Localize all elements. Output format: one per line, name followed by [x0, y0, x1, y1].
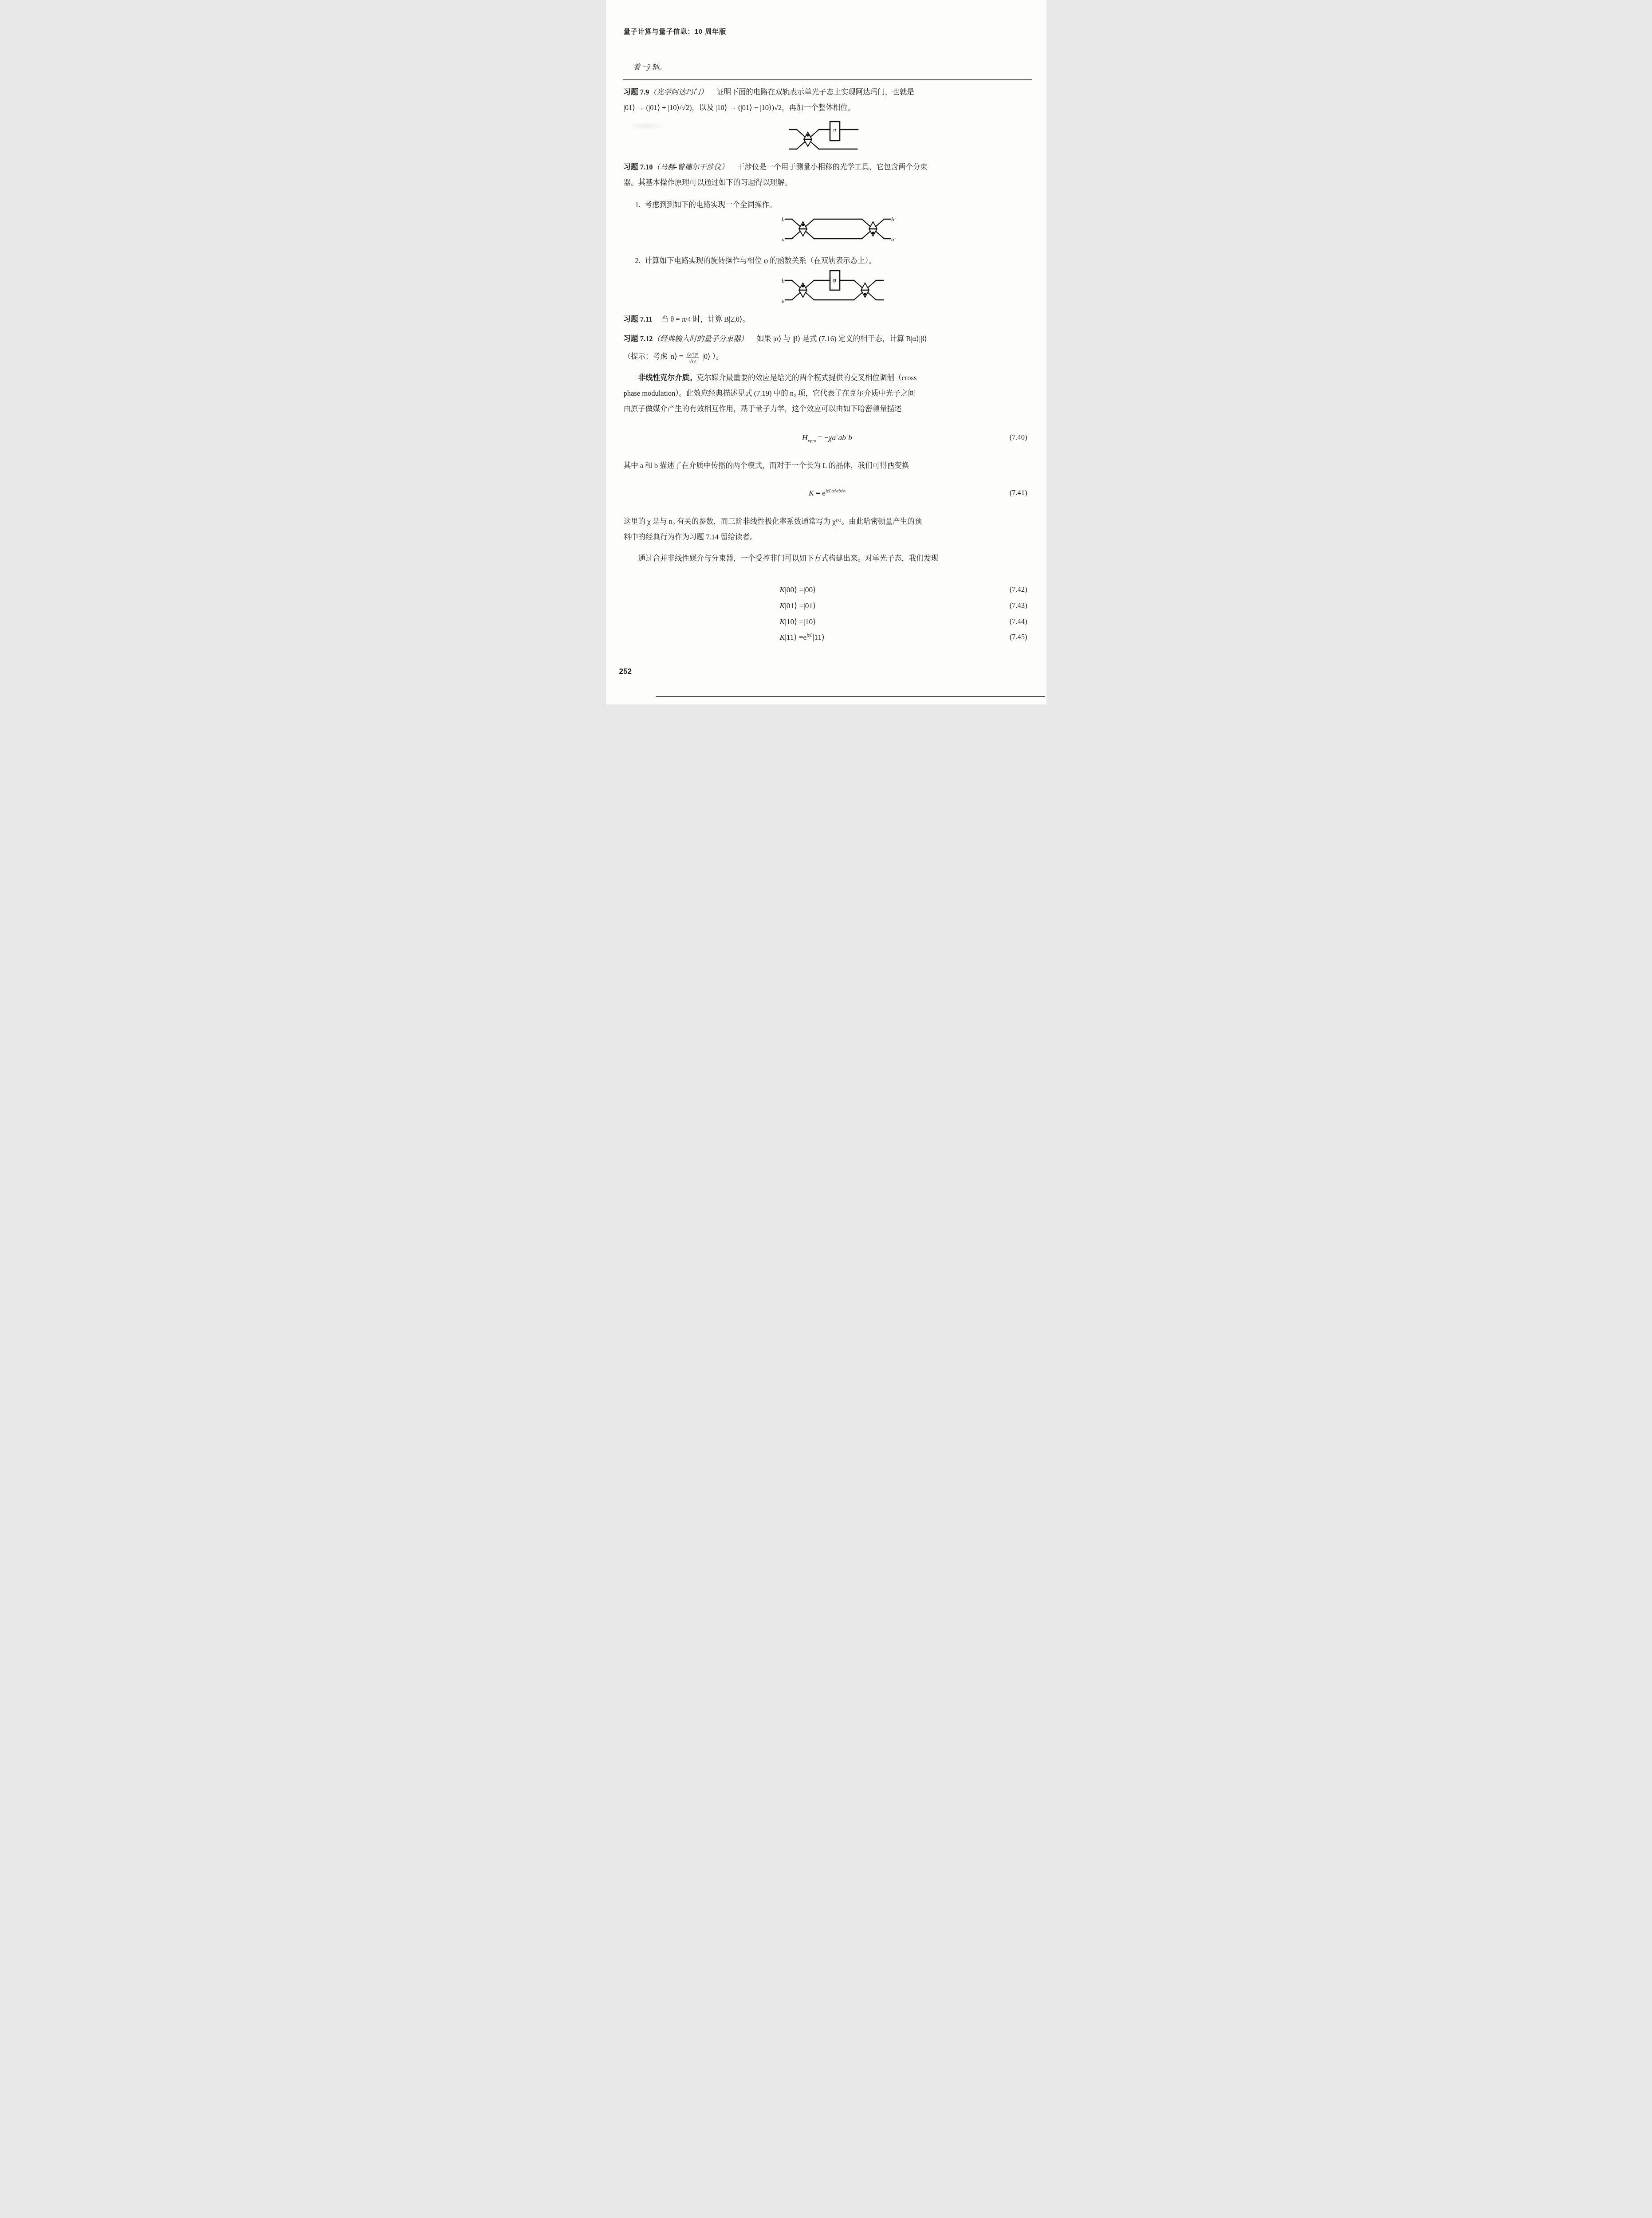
circuit-mach-zehnder-phase: b a φ: [780, 267, 896, 310]
after-7-40-line: 其中 a 和 b 描述了在介质中传播的两个模式，而对于一个长为 L 的晶体，我们…: [624, 461, 909, 471]
exercise-7-9-subtitle: （光学阿达玛门）: [649, 88, 708, 96]
input-wires: [790, 130, 797, 149]
equation-7-40-number: (7.40): [1010, 433, 1027, 442]
phase-gate-label: π: [833, 127, 837, 134]
input-label-b: b: [782, 216, 785, 223]
circuit-mach-zehnder-identity: b a b′ a′: [780, 210, 896, 250]
output-wires: [884, 219, 890, 239]
exercise-7-10-line2: 器。其基本操作原理可以通过如下的习题得以理解。: [624, 178, 792, 188]
equation-7-41-row: K = eiχLa†ab†b (7.41): [624, 488, 1031, 498]
exercise-7-9-label: 习题 7.9: [624, 88, 649, 96]
equation-7-45: K|11⟩ =eiχL|11⟩: [624, 633, 1031, 642]
kerr-paragraph-title: 非线性克尔介质。: [638, 374, 697, 382]
kerr-paragraph-line1: 非线性克尔介质。克尔媒介最重要的效应是给光的两个模式提供的交叉相位调制（cros…: [624, 373, 917, 383]
input-wires: [786, 219, 792, 239]
exercise-7-10-subtitle: （马赫-曾德尔干涉仪）: [653, 163, 729, 171]
input-label-a: a: [782, 297, 785, 304]
carryover-text-line: 着 −ŷ 轴。: [633, 61, 666, 71]
exercise-7-9-line1: 习题 7.9（光学阿达玛门）证明下面的电路在双轨表示单光子态上实现阿达玛门，也就…: [624, 87, 914, 97]
exercise-7-10-text: 干涉仪是一个用于测量小相移的光学工具，它包含两个分束: [737, 163, 928, 171]
output-label-b-prime: b′: [891, 216, 896, 223]
fraction-numerator: (a†)ⁿ: [686, 351, 699, 358]
equation-7-44: K|10⟩ =|10⟩: [624, 617, 1031, 626]
kerr-paragraph-line2: phase modulation）。此效应经典描述见式 (7.19) 中的 n₂…: [624, 389, 915, 398]
hint-suffix: |0⟩ ）。: [702, 352, 723, 361]
output-label-a-prime: a′: [891, 236, 896, 243]
exercise-7-12-text: 如果 |α⟩ 与 |β⟩ 是式 (7.16) 定义的相干态，计算 B|α⟩|β⟩: [757, 334, 927, 343]
interferometer-rails: [814, 219, 862, 239]
equation-7-42-number: (7.42): [1010, 585, 1027, 594]
scan-artifact-line: [656, 696, 1045, 697]
equation-7-41-number: (7.41): [1010, 488, 1027, 497]
hint-prefix: （提示：考虑 |n⟩ =: [624, 352, 684, 361]
kerr-paragraph-line3: 由原子做媒介产生的有效相互作用，基于量子力学，这个效应可以由如下哈密顿量描述: [624, 404, 902, 414]
equation-7-42: K|00⟩ =|00⟩: [624, 585, 1031, 594]
exercise-7-11-label: 习题 7.11: [624, 315, 653, 323]
book-page: 量子计算与量子信息：10 周年版 着 −ŷ 轴。 习题 7.9（光学阿达玛门）证…: [606, 0, 1046, 704]
exercise-7-10-label: 习题 7.10: [624, 163, 653, 171]
input-label-a: a: [782, 236, 785, 243]
output-wires: [876, 280, 883, 300]
equation-7-45-number: (7.45): [1010, 633, 1027, 641]
exercise-7-11-line: 习题 7.11当 θ = π/4 时，计算 B|2,0⟩。: [624, 315, 750, 324]
pencil-smudge: [626, 122, 666, 130]
exercise-7-9-line2: |01⟩ → (|01⟩ + |10⟩/√2)，以及 |10⟩ → (|01⟩ …: [624, 103, 855, 113]
exercise-7-12-line1: 习题 7.12（经典输入时的量子分束器）如果 |α⟩ 与 |β⟩ 是式 (7.1…: [624, 334, 927, 344]
list-item-2-text: 计算如下电路实现的旋转操作与相位 φ 的函数关系（在双轨表示态上）。: [645, 256, 876, 265]
input-wires: [786, 280, 792, 300]
equation-7-40-row: Hxpm = −χa†ab†b (7.40): [624, 433, 1031, 442]
exercise-7-11-text: 当 θ = π/4 时，计算 B|2,0⟩。: [661, 315, 750, 323]
beamsplitter1-dot: [802, 224, 804, 226]
cnot-paragraph-line: 通过合并非线性媒介与分束器，一个受控非门可以如下方式构建出来。对单光子态，我们发…: [624, 554, 939, 563]
exercise-7-12-hint: （提示：考虑 |n⟩ = (a†)ⁿ√n! |0⟩ ）。: [624, 351, 724, 364]
list-item-2-number: 2.: [635, 256, 645, 266]
beamsplitter2-dot: [872, 232, 874, 234]
list-item-1: 1.考虑到到如下的电路实现一个全同操作。: [635, 200, 777, 210]
exercise-7-12-subtitle: （经典输入时的量子分束器）: [653, 334, 748, 343]
cnot-paragraph-text: 通过合并非线性媒介与分束器，一个受控非门可以如下方式构建出来。对单光子态，我们发…: [638, 554, 939, 562]
equation-7-43-row: K|01⟩ =|01⟩ (7.43): [624, 601, 1031, 610]
fraction-denominator: √n!: [686, 358, 699, 364]
input-label-b: b: [782, 277, 785, 284]
exercise-7-12-label: 习题 7.12: [624, 334, 653, 343]
equation-7-44-number: (7.44): [1010, 617, 1027, 626]
after-7-41-line1: 这里的 χ 是与 n₂ 有关的参数，而三阶非线性极化率系数通常写为 χ⁽³⁾。由…: [624, 517, 922, 527]
exercise-7-10-line1: 习题 7.10（马赫-曾德尔干涉仪）干涉仪是一个用于测量小相移的光学工具，它包含…: [624, 162, 928, 172]
phase-gate-label: φ: [833, 277, 836, 284]
beamsplitter2-dot: [864, 293, 866, 295]
equation-7-40: Hxpm = −χa†ab†b: [624, 433, 1031, 442]
after-7-41-line2: 料中的经典行为作为习题 7.14 留给读者。: [624, 532, 757, 542]
equation-7-43: K|01⟩ =|01⟩: [624, 601, 1031, 610]
list-item-1-number: 1.: [635, 200, 645, 210]
equation-7-44-row: K|10⟩ =|10⟩ (7.44): [624, 617, 1031, 626]
equation-7-45-row: K|11⟩ =eiχL|11⟩ (7.45): [624, 633, 1031, 642]
equation-7-43-number: (7.43): [1010, 601, 1027, 610]
list-item-2: 2.计算如下电路实现的旋转操作与相位 φ 的函数关系（在双轨表示态上）。: [635, 256, 876, 266]
page-number: 252: [619, 667, 632, 676]
header-rule: [623, 79, 1032, 80]
running-header: 量子计算与量子信息：10 周年版: [624, 27, 727, 36]
equation-7-42-row: K|00⟩ =|00⟩ (7.42): [624, 585, 1031, 594]
list-item-1-text: 考虑到到如下的电路实现一个全同操作。: [645, 201, 777, 209]
circuit-optical-hadamard: π: [787, 121, 862, 156]
fraction: (a†)ⁿ√n!: [686, 351, 699, 364]
exercise-7-9-text: 证明下面的电路在双轨表示单光子态上实现阿达玛门，也就是: [716, 88, 914, 96]
beamsplitter-dot: [806, 134, 809, 137]
equation-7-41: K = eiχLa†ab†b: [624, 488, 1031, 498]
kerr-paragraph-text1: 克尔媒介最重要的效应是给光的两个模式提供的交叉相位调制（cross: [697, 374, 917, 382]
beamsplitter1-dot: [802, 285, 804, 287]
